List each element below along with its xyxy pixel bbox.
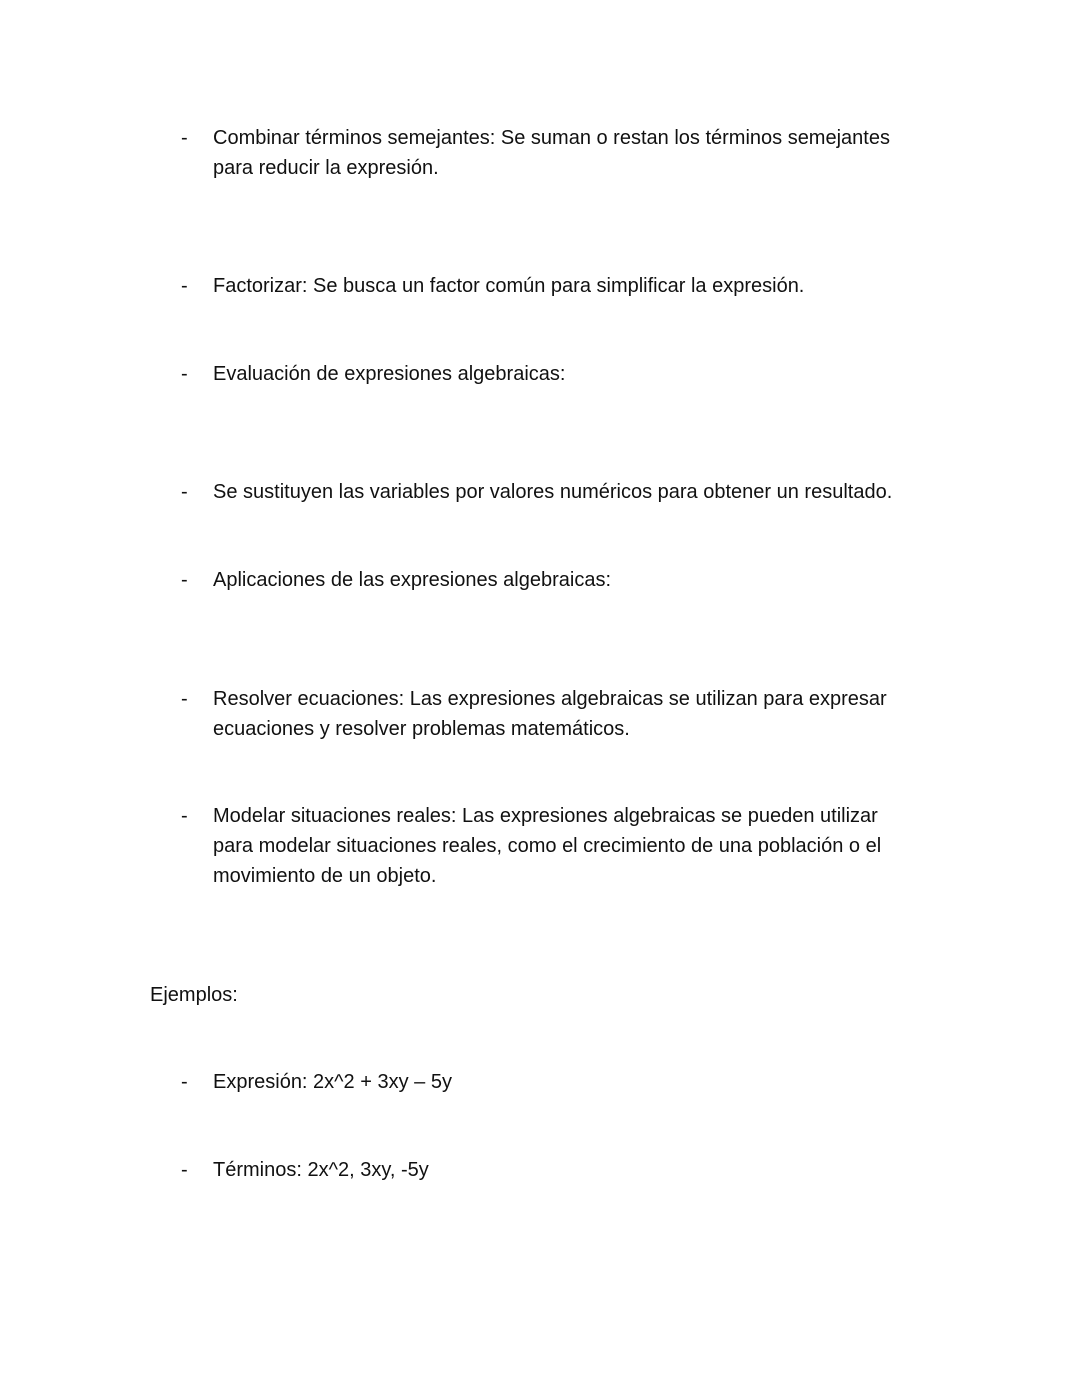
bullet-marker: - (181, 1155, 195, 1185)
list-item-text: Resolver ecuaciones: Las expresiones alg… (213, 684, 903, 744)
list-item-text: Modelar situaciones reales: Las expresio… (213, 801, 913, 891)
list-item-text: Combinar términos semejantes: Se suman o… (213, 123, 923, 183)
bullet-marker: - (181, 1067, 195, 1097)
examples-heading: Ejemplos: (150, 980, 238, 1010)
bullet-marker: - (181, 271, 195, 301)
list-item-text: Se sustituyen las variables por valores … (213, 477, 933, 507)
example-text: Términos: 2x^2, 3xy, -5y (213, 1155, 923, 1185)
example-text: Expresión: 2x^2 + 3xy – 5y (213, 1067, 923, 1097)
list-item-text: Factorizar: Se busca un factor común par… (213, 271, 923, 301)
list-item-text: Aplicaciones de las expresiones algebrai… (213, 565, 923, 595)
bullet-marker: - (181, 477, 195, 507)
bullet-marker: - (181, 359, 195, 389)
bullet-marker: - (181, 801, 195, 831)
bullet-marker: - (181, 684, 195, 714)
list-item-text: Evaluación de expresiones algebraicas: (213, 359, 923, 389)
bullet-marker: - (181, 565, 195, 595)
bullet-marker: - (181, 123, 195, 153)
